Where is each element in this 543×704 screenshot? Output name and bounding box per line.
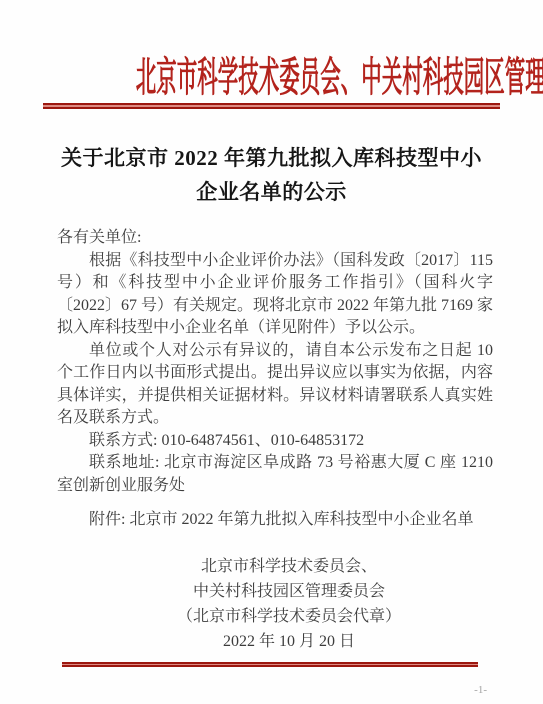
- document-title-line2: 企业名单的公示: [0, 175, 543, 209]
- salutation: 各有关单位:: [57, 227, 493, 250]
- header-divider-rule: [43, 103, 500, 109]
- paragraph-legal-basis: 根据《科技型中小企业评价办法》（国科发政〔2017〕115 号）和《科技型中小企…: [57, 250, 493, 340]
- signature-org-line1: 北京市科学技术委员会、: [177, 554, 401, 579]
- footer-divider-rule: [62, 662, 478, 667]
- signature-seal-note: （北京市科学技术委员会代章）: [177, 604, 401, 629]
- document-title: 关于北京市 2022 年第九批拟入库科技型中小 企业名单的公示: [0, 141, 543, 209]
- signature-org-line2: 中关村科技园区管理委员会: [177, 579, 401, 604]
- document-title-line1: 关于北京市 2022 年第九批拟入库科技型中小: [0, 141, 543, 175]
- document-body: 各有关单位: 根据《科技型中小企业评价办法》（国科发政〔2017〕115 号）和…: [57, 227, 493, 654]
- paragraph-objection-procedure: 单位或个人对公示有异议的，请自本公示发布之日起 10 个工作日内以书面形式提出。…: [57, 340, 493, 430]
- contact-phone-line: 联系方式: 010-64874561、010-64853172: [57, 430, 493, 453]
- attachment-line: 附件: 北京市 2022 年第九批拟入库科技型中小企业名单: [57, 509, 493, 532]
- document-page: 北京市科学技术委员会、中关村科技园区管理委员会 关于北京市 2022 年第九批拟…: [0, 0, 543, 704]
- page-number: -1-: [474, 684, 487, 696]
- contact-address-line: 联系地址: 北京市海淀区阜成路 73 号裕惠大厦 C 座 1210 室创新创业服…: [57, 452, 493, 497]
- issuing-org-header: 北京市科学技术委员会、中关村科技园区管理委员会: [136, 44, 408, 103]
- signature-block: 北京市科学技术委员会、 中关村科技园区管理委员会 （北京市科学技术委员会代章） …: [177, 554, 401, 654]
- signature-date: 2022 年 10 月 20 日: [177, 629, 401, 654]
